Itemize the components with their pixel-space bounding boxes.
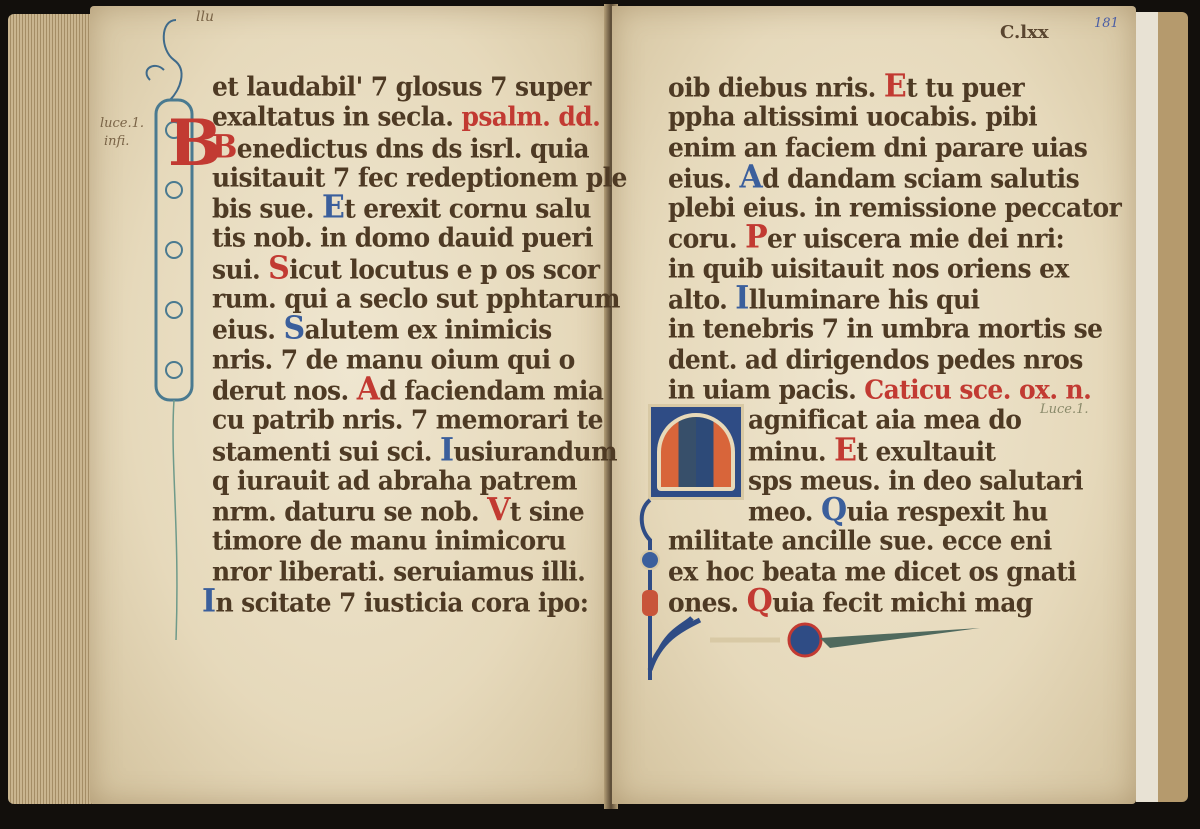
text-line: timore de manu inimicoru bbox=[212, 526, 627, 558]
text-line: q iurauit ad abraha patrem bbox=[212, 465, 627, 497]
left-page-edges bbox=[8, 14, 98, 804]
red-initial: B bbox=[212, 129, 237, 166]
top-margin-note: llu bbox=[196, 10, 214, 25]
pencil-folio-number: 181 bbox=[1094, 16, 1119, 31]
text-line: oib diebus nris. Et tu puer bbox=[668, 71, 1121, 103]
text-line: ones. Quia fecit michi mag bbox=[668, 586, 1121, 618]
text-line: ex hoc beata me dicet os gnati bbox=[668, 556, 1121, 588]
blue-initial: A bbox=[739, 159, 762, 196]
text-line: uisitauit 7 fec redeptionem ple bbox=[212, 162, 627, 194]
text-line: rum. qui a seclo sut pphtarum bbox=[212, 283, 627, 315]
folio-number: C.lxx bbox=[1000, 22, 1049, 43]
text-line: agnificat aia mea do bbox=[748, 405, 1121, 437]
text-line: ppha altissimi uocabis. pibi bbox=[668, 102, 1121, 134]
right-page-edges bbox=[1136, 12, 1188, 802]
right-page-text: oib diebus nris. Et tu puer ppha altissi… bbox=[668, 72, 1121, 617]
left-page-text: et laudabil' 7 glosus 7 super exaltatus … bbox=[212, 72, 627, 617]
blue-initial: I bbox=[440, 432, 453, 469]
blue-initial: I bbox=[202, 583, 215, 620]
text-line: militate ancille sue. ecce eni bbox=[668, 526, 1121, 558]
side-margin-note-2: infi. bbox=[104, 134, 129, 149]
red-initial: Q bbox=[747, 583, 773, 620]
side-margin-note-1: luce.1. bbox=[100, 116, 144, 131]
blue-initial: I bbox=[735, 280, 748, 317]
text-line: dent. ad dirigendos pedes nros bbox=[668, 344, 1121, 376]
text-line: eius. Ad dandam sciam salutis bbox=[668, 162, 1121, 194]
red-initial-b: B bbox=[168, 110, 214, 178]
text-line: alto. Illuminare his qui bbox=[668, 283, 1121, 315]
text-line: cu patrib nris. 7 memorari te bbox=[212, 405, 627, 437]
red-initial: S bbox=[268, 250, 289, 287]
text-line: eius. Salutem ex inimicis bbox=[212, 314, 627, 346]
text-line: minu. Et exultauit bbox=[748, 435, 1121, 467]
blue-initial: Q bbox=[821, 492, 847, 529]
red-initial: A bbox=[357, 371, 380, 408]
text-line: et laudabil' 7 glosus 7 super bbox=[212, 71, 627, 103]
text-line: Benedictus dns ds isrl. quia bbox=[212, 132, 627, 164]
text-line: In scitate 7 iusticia cora ipo: bbox=[202, 586, 627, 618]
text-line: sui. Sicut locutus e p os scor bbox=[212, 253, 627, 285]
red-initial: E bbox=[884, 68, 906, 105]
text-line: in tenebris 7 in umbra mortis se bbox=[668, 314, 1121, 346]
blue-initial: E bbox=[322, 189, 344, 226]
text-line: meo. Quia respexit hu bbox=[748, 495, 1121, 527]
text-line: stamenti sui sci. Iusiurandum bbox=[212, 435, 627, 467]
text-line: plebi eius. in remissione peccator bbox=[668, 192, 1121, 224]
rubric: Caticu sce. ox. n. bbox=[864, 374, 1091, 404]
text-line: derut nos. Ad faciendam mia bbox=[212, 374, 627, 406]
text-line: coru. Per uiscera mie dei nri: bbox=[668, 223, 1121, 255]
red-initial: E bbox=[834, 432, 856, 469]
text-line: in uiam pacis. Caticu sce. ox. n. bbox=[668, 374, 1121, 406]
text-line: nror liberati. seruiamus illi. bbox=[212, 556, 627, 588]
rubric: psalm. dd. bbox=[461, 102, 600, 132]
text-line: exaltatus in secla. psalm. dd. bbox=[212, 102, 627, 134]
red-initial: V bbox=[487, 492, 510, 529]
red-initial: P bbox=[745, 220, 767, 257]
blue-initial: S bbox=[283, 310, 304, 347]
text-line: nris. 7 de manu oium qui o bbox=[212, 344, 627, 376]
text-line: nrm. daturu se nob. Vt sine bbox=[212, 495, 627, 527]
text-line: enim an faciem dni parare uias bbox=[668, 132, 1121, 164]
text-line: sps meus. in deo salutari bbox=[748, 465, 1121, 497]
text-line: bis sue. Et erexit cornu salu bbox=[212, 192, 627, 224]
